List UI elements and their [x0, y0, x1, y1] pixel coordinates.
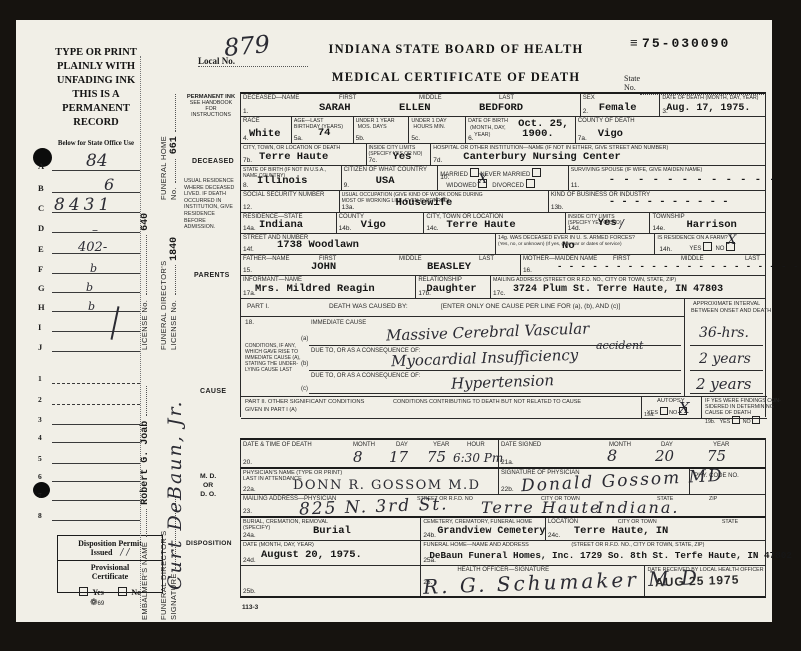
field-number: 6. — [468, 135, 473, 142]
township-value: Harrison — [686, 219, 736, 231]
local-no-line — [198, 66, 308, 67]
interval-b-value: 2 years — [699, 351, 751, 367]
name-label: DECEASED—NAME — [243, 95, 299, 101]
date-received-label: DATE RECEIVED BY LOCAL HEALTH OFFICER — [647, 567, 763, 573]
last-label: LAST — [499, 95, 514, 101]
cemetery-value: Grandview Cemetery — [437, 526, 545, 537]
cell-informant-address: MAILING ADDRESS (STREET OR R.F.D. NO., C… — [490, 276, 765, 298]
office-line: 3 — [52, 424, 140, 425]
notice-line: TYPE OR PRINT — [44, 46, 148, 60]
section-label-deceased: DECEASED — [192, 158, 234, 165]
office-line-value: b — [88, 300, 95, 313]
field-number: 15. — [243, 267, 252, 274]
row-birth-citizen-marital: STATE OF BIRTH (IF NOT IN U.S.A., NAME C… — [240, 165, 766, 190]
field-number: 17a. — [243, 290, 256, 297]
cell-burial-type: BURIAL, CREMATION, REMOVAL (SPECIFY) Bur… — [241, 518, 420, 540]
director-license-line2: LICENSE No. 1840 — [163, 237, 173, 350]
father-last-value: BEASLEY — [427, 261, 471, 273]
line-b-rule — [309, 370, 681, 371]
farm-yes-checkbox — [703, 242, 712, 251]
row-informant: INFORMANT—NAME Mrs. Mildred Reagin 17a. … — [240, 275, 766, 298]
under-1-year-sublabel: MOS. DAYS — [358, 124, 387, 130]
field-number: 5b. — [356, 135, 365, 142]
funeral-home-line1: FUNERAL HOME — [153, 136, 163, 200]
sex-label: SEX — [583, 95, 595, 101]
office-line-label: 1 — [38, 374, 42, 383]
office-line: 6 — [52, 481, 140, 482]
field-number: 14d. — [568, 225, 581, 232]
field-number: 14b. — [339, 225, 352, 232]
age-value: 74 — [318, 127, 331, 139]
field-number-inline: 14g. — [498, 235, 508, 241]
father-middle-label: MIDDLE — [399, 256, 422, 262]
cell-state-of-birth: STATE OF BIRTH (IF NOT IN U.S.A., NAME C… — [241, 166, 341, 190]
relationship-value: Daughter — [426, 283, 476, 295]
cell-physician-address: MAILING ADDRESS—PHYSICIAN STREET OR R.F.… — [241, 495, 765, 516]
burial-label2: (SPECIFY) — [243, 525, 270, 531]
residence-county-value: Vigo — [361, 219, 386, 231]
dob-label3: YEAR) — [474, 132, 490, 138]
field-number: 1. — [243, 108, 248, 115]
office-use-title: Below for State Office Use — [44, 140, 148, 147]
cell-residence-city: CITY, TOWN OR LOCATION Terre Haute 14c. — [423, 213, 564, 233]
dotted-leader — [168, 265, 176, 295]
ornament-number: 69 — [98, 601, 105, 607]
spouse-label: SURVIVING SPOUSE (IF WIFE, GIVE MAIDEN N… — [571, 167, 702, 173]
office-line: 5 — [52, 463, 140, 464]
dod-label: DATE OF DEATH — [662, 95, 704, 101]
ssn-label: SOCIAL SECURITY NUMBER — [243, 192, 324, 198]
cell-cemetery: CEMETERY, CREMATORY, FUNERAL HOME Grandv… — [420, 518, 545, 540]
line-c-marker: (c) — [301, 386, 308, 392]
field-number: 21a. — [501, 459, 514, 466]
zip-sublabel: ZIP — [709, 496, 717, 502]
death-hour-value: 6:30 Pm — [453, 451, 503, 465]
office-line: Hb — [52, 311, 140, 312]
office-line-label: 7 — [38, 491, 42, 500]
interval-label-1: APPROXIMATE INTERVAL — [693, 301, 760, 307]
dob-label2: (MONTH, DAY, — [470, 125, 505, 131]
office-line-label: F — [38, 264, 43, 274]
cell-under-1-day: UNDER 1 DAY HOURS MIN. 5c. — [408, 117, 465, 143]
office-line-label: 8 — [38, 511, 42, 520]
farm-no-label: NO — [715, 246, 724, 252]
burial-value: Burial — [313, 525, 351, 537]
office-line: 8 — [52, 520, 140, 521]
cell-street: STREET AND NUMBER 1738 Woodlawn 14f. — [241, 234, 495, 254]
interval-label-2: BETWEEN ONSET AND DEATH — [691, 308, 771, 314]
hour-label: HOUR — [467, 442, 485, 448]
permit-slashes: / / — [120, 548, 129, 558]
office-line: I — [52, 331, 140, 332]
cemetery-label: CEMETERY, CREMATORY, FUNERAL HOME — [423, 519, 532, 525]
field-number: 7b. — [243, 157, 252, 164]
row-street-armed-farm: STREET AND NUMBER 1738 Woodlawn 14f. 14g… — [240, 233, 766, 254]
field-number: 14c. — [426, 225, 438, 232]
physician-state-value: Indiana. — [597, 498, 679, 517]
office-line: Fb — [52, 273, 140, 274]
field-number: 24b. — [423, 532, 436, 539]
field-number: 18. — [245, 319, 254, 326]
field-number: 9. — [344, 182, 349, 189]
enter-note: [ENTER ONLY ONE CAUSE PER LINE FOR (a), … — [441, 303, 620, 310]
interval-divider — [684, 299, 685, 396]
autopsy-x-mark: X — [679, 399, 690, 417]
armed-forces-sublabel: (Yes, no, or unknown) (If yes, give war … — [498, 242, 622, 247]
cell-datetime-of-death: DATE & TIME OF DEATH MONTH DAY YEAR HOUR… — [241, 440, 498, 467]
office-line-label: 4 — [38, 433, 42, 442]
no-label: No. — [624, 83, 640, 92]
dod-label2: (MONTH, DAY, YEAR) — [705, 95, 758, 101]
date-received-stamp: AUG 25 1975 — [655, 573, 740, 590]
row-ssn-occupation: SOCIAL SECURITY NUMBER 12. USUAL OCCUPAT… — [240, 190, 766, 212]
office-line-label: 2 — [38, 395, 42, 404]
section-label-cause: CAUSE — [200, 388, 227, 395]
funeral-home-line2: No. 661 — [163, 94, 173, 200]
director-license-label2: LICENSE No. — [169, 300, 178, 350]
scanned-death-certificate: { "hdr": { "local_no_label": "Local No."… — [0, 0, 801, 651]
mother-value: - - - - - - - - - - - - - - - - - - - - … — [557, 262, 801, 272]
field-number: 4. — [243, 135, 248, 142]
disposition-date-label: DATE (MONTH, DAY, YEAR) — [243, 542, 314, 548]
dob-label: DATE OF BIRTH — [468, 118, 508, 124]
cell-citizen: CITIZEN OF WHAT COUNTRY USA 9. — [341, 166, 438, 190]
autopsy-divider-right — [701, 396, 702, 418]
death-year-value: 75 — [427, 448, 446, 466]
cause-a-value-2: accident — [596, 339, 643, 352]
field-number: 23. — [243, 508, 252, 515]
autopsy-yes-checkbox — [660, 407, 668, 415]
cell-under-1-year: UNDER 1 YEAR MOS. DAYS 5b. — [353, 117, 409, 143]
informant-value: Mrs. Mildred Reagin — [255, 283, 375, 295]
permit-yes-label: Yes — [92, 588, 104, 597]
cell-cemetery-location: LOCATION CITY OR TOWN STATE Terre Haute,… — [545, 518, 765, 540]
director-license-number: 1840 — [169, 237, 180, 261]
dotted-leader — [168, 159, 176, 183]
field-number: 12. — [243, 204, 252, 211]
never-married-checkbox — [532, 168, 541, 177]
cell-inside-city-limits: INSIDE CITY LIMITS (SPECIFY YES OR NO) Y… — [366, 144, 431, 165]
datetime-label: DATE & TIME OF DEATH — [243, 442, 312, 448]
cell-physician-signature: SIGNATURE OF PHYSICIAN Donald Gossom MD … — [498, 469, 689, 494]
field-number-inline: 19b. — [705, 419, 715, 425]
section-label-parents: PARENTS — [194, 272, 230, 279]
funeral-home-label: FUNERAL HOME—NAME AND ADDRESS — [423, 542, 529, 548]
office-line-label: B — [38, 183, 44, 193]
funeral-home-no-label: No. — [169, 187, 178, 200]
embalmer-name-line: EMBALMER'S NAME Robert G. Joab — [134, 386, 144, 620]
township-label: TOWNSHIP — [652, 214, 684, 220]
office-line-label: A — [38, 161, 44, 171]
city-of-death-value: Terre Haute — [259, 151, 328, 163]
permit-yes-checkbox — [79, 587, 88, 596]
office-line: Gb — [52, 292, 140, 293]
office-line-value: – — [92, 223, 98, 237]
divorced-label: DIVORCED — [492, 183, 524, 189]
field-number: 13b. — [551, 204, 564, 211]
cell-health-officer-signature: HEALTH OFFICER—SIGNATURE 26. R. G. Schum… — [420, 566, 644, 596]
under-1-day-sublabel: HOURS MIN. — [413, 124, 445, 130]
office-line: J — [52, 351, 140, 352]
ornament-icon: ❁ — [90, 597, 98, 607]
disposition-date-value: August 20, 1975. — [261, 549, 362, 561]
cause-a-value: Massive Cerebral Vascular — [386, 319, 590, 344]
md-line: D. O. — [200, 490, 216, 499]
caused-by-label: DEATH WAS CAUSED BY: — [329, 303, 408, 310]
date-signed-label: DATE SIGNED — [501, 442, 541, 448]
title-line1: INDIANA STATE BOARD OF HEALTH — [286, 42, 626, 57]
cell-phy-code: PHY. CODE NO. — [689, 469, 765, 494]
certificate-number-stamp: ≡ 75-030090 — [630, 34, 730, 52]
cell-sex: SEX Female 2. — [580, 94, 660, 116]
cell-township: TOWNSHIP Harrison 14e. — [649, 213, 765, 233]
cell-city-of-death: CITY, TOWN, OR LOCATION OF DEATH Terre H… — [241, 144, 366, 165]
permanent-ink-2: SEE HANDBOOK FOR — [184, 100, 238, 112]
office-line: A84 — [52, 170, 140, 171]
death-day-value: 17 — [389, 448, 408, 466]
field-number: 11. — [571, 182, 580, 189]
usual-residence-note: USUAL RESIDENCE WHERE DECEASED LIVED. IF… — [184, 178, 238, 231]
cell-residence-county: COUNTY Vigo 14b. — [336, 213, 424, 233]
director-signature-value: Curt DeBaun, Jr. — [164, 399, 186, 590]
office-line-label: H — [38, 302, 45, 312]
cell-date-received: DATE RECEIVED BY LOCAL HEALTH OFFICER AU… — [644, 566, 765, 596]
residence-icl-value: Yes — [598, 217, 617, 229]
header-rule — [241, 316, 684, 317]
office-line-value: b — [86, 281, 93, 294]
street-value: 1738 Woodlawn — [277, 239, 359, 251]
funeral-home-number: 661 — [169, 136, 180, 154]
cell-father: FATHER—NAME FIRST MIDDLE LAST JOHN BEASL… — [241, 255, 520, 275]
office-line: 4 — [52, 442, 140, 443]
field-number: 14e. — [652, 225, 665, 232]
cause-section: PART I. DEATH WAS CAUSED BY: [ENTER ONLY… — [240, 298, 766, 417]
office-line-value: 402- — [78, 240, 107, 255]
row-date-of-death-signed: DATE & TIME OF DEATH MONTH DAY YEAR HOUR… — [240, 438, 766, 467]
last-name-value: BEDFORD — [479, 102, 523, 114]
field-number: 20. — [243, 459, 252, 466]
informant-address-label: MAILING ADDRESS (STREET OR R.F.D. NO., C… — [493, 277, 676, 283]
location-value: Terre Haute, IN — [574, 525, 669, 537]
first-label: FIRST — [339, 95, 356, 101]
office-line: 2 — [52, 404, 140, 405]
row-physician-address: MAILING ADDRESS—PHYSICIAN STREET OR R.F.… — [240, 494, 766, 516]
row-deceased-name: DECEASED—NAME FIRST MIDDLE LAST SARAH EL… — [240, 92, 766, 116]
cell-surviving-spouse: SURVIVING SPOUSE (IF WIFE, GIVE MAIDEN N… — [568, 166, 765, 190]
cell-armed-forces: 14g. WAS DECEASED EVER IN U. S. ARMED FO… — [495, 234, 654, 254]
office-line-label: G — [38, 283, 45, 293]
row-disposition-date: DATE (MONTH, DAY, YEAR) August 20, 1975.… — [240, 540, 766, 565]
interval-a-rule — [690, 345, 763, 346]
field-number: 24d. — [243, 557, 256, 564]
first-name-value: SARAH — [319, 102, 351, 114]
findings-no-label: NO — [743, 419, 751, 425]
field-number: 8. — [243, 182, 248, 189]
contributing-label: CONDITIONS CONTRIBUTING TO DEATH BUT NOT… — [393, 399, 581, 405]
cell-industry: KIND OF BUSINESS OR INDUSTRY - - - - - -… — [548, 191, 765, 212]
field-number: 25a. — [423, 557, 436, 564]
widowed-x-mark: X — [478, 172, 487, 187]
middle-name-value: ELLEN — [399, 102, 431, 114]
line-c-rule — [309, 393, 681, 394]
local-no-label: Local No. — [198, 56, 235, 66]
field-number: 17c. — [493, 290, 505, 297]
cell-physician-name: PHYSICIAN'S NAME (TYPE OR PRINT) LAST IN… — [241, 469, 498, 494]
middle-label: MIDDLE — [419, 95, 442, 101]
cell-informant: INFORMANT—NAME Mrs. Mildred Reagin 17a. — [241, 276, 415, 298]
widowed-label: WIDOWED — [446, 183, 476, 189]
dotted-leader — [139, 509, 147, 537]
state-of-birth-value: Illinois — [257, 175, 307, 187]
notice-line: PERMANENT — [44, 102, 148, 116]
cell-race: RACE White 4. — [241, 117, 291, 143]
permit-no-checkbox — [118, 587, 127, 596]
office-line-label: J — [38, 342, 42, 352]
residence-state-value: Indiana — [259, 219, 303, 231]
dotted-leader — [168, 94, 176, 132]
dotted-leader — [139, 235, 147, 295]
field-number: 7d. — [433, 157, 442, 164]
farm-no-x-mark: X — [727, 233, 736, 248]
given-label: GIVEN IN PART I (A) — [245, 407, 297, 413]
field-number: 25b. — [243, 588, 256, 595]
certificate-paper: TYPE OR PRINT PLAINLY WITH UNFADING INK … — [16, 20, 772, 622]
office-line-value: 8431 — [54, 195, 113, 215]
office-line-label: E — [38, 244, 44, 254]
industry-value: - - - - - - - - - - — [609, 196, 729, 208]
race-label: RACE — [243, 118, 260, 124]
printers-ornament: ❁69 — [90, 597, 104, 608]
section-label-md-do: M. D. OR D. O. — [200, 472, 216, 499]
permanent-ink-note: PERMANENT INK SEE HANDBOOK FOR INSTRUCTI… — [184, 94, 238, 118]
residence-city-value: Terre Haute — [446, 219, 515, 231]
cell-mother: MOTHER—MAIDEN NAME FIRST MIDDLE LAST - -… — [520, 255, 765, 275]
father-label: FATHER—NAME — [243, 256, 290, 262]
director-signature-line1: FUNERAL DIRECTOR'S — [153, 531, 163, 620]
office-line: 7 — [52, 500, 140, 501]
row-parents: FATHER—NAME FIRST MIDDLE LAST JOHN BEASL… — [240, 254, 766, 275]
divorced-checkbox — [526, 179, 535, 188]
row-health-officer: 25b. HEALTH OFFICER—SIGNATURE 26. R. G. … — [240, 565, 766, 598]
field-number: 2. — [583, 108, 588, 115]
part1-label: PART I. — [247, 303, 269, 310]
line-a-marker: (a) — [301, 336, 308, 342]
field-number: 7a. — [578, 135, 587, 142]
notice-line: RECORD — [44, 116, 148, 130]
field-number: 7c. — [369, 157, 378, 164]
autopsy-no-label: NO — [669, 410, 677, 416]
field-number: 16. — [523, 267, 532, 274]
father-last-label: LAST — [479, 256, 494, 262]
findings-yes-label: YES — [720, 419, 731, 425]
field-number: 17b. — [418, 290, 431, 297]
cause-bottom-rule — [241, 418, 767, 419]
informant-address-value: 3724 Plum St. Terre Haute, IN 47803 — [513, 284, 723, 295]
field-number: 22a. — [243, 486, 256, 493]
embalmer-name-label: EMBALMER'S NAME — [140, 542, 149, 620]
death-month-value: 8 — [353, 448, 363, 466]
signed-day-value: 20 — [655, 447, 674, 465]
sex-value: Female — [599, 102, 637, 114]
cell-hospital: HOSPITAL OR OTHER INSTITUTION—NAME (IF N… — [430, 144, 765, 165]
office-line-label: 3 — [38, 415, 42, 424]
icl-pen-slash: / — [620, 217, 624, 231]
office-line: 1 — [52, 383, 140, 384]
office-line-label: 5 — [38, 454, 42, 463]
citizen-value: USA — [376, 175, 395, 187]
physician-city-value: Terre Haute — [481, 498, 601, 517]
field-number: 22b. — [501, 486, 514, 493]
row-place-of-death: CITY, TOWN, OR LOCATION OF DEATH Terre H… — [240, 143, 766, 165]
notice-line: UNFADING INK — [44, 74, 148, 88]
signed-year-value: 75 — [707, 447, 726, 465]
cell-relationship: RELATIONSHIP Daughter 17b. — [415, 276, 490, 298]
part2-top-rule — [241, 396, 767, 397]
citizen-label: CITIZEN OF WHAT COUNTRY — [344, 167, 427, 173]
office-line-value: b — [90, 262, 97, 275]
cell-county-of-death: COUNTY OF DEATH Vigo 7a. — [575, 117, 765, 143]
due-to-label-2: DUE TO, OR AS A CONSEQUENCE OF: — [311, 373, 420, 379]
part2-label: PART II. OTHER SIGNIFICANT CONDITIONS — [245, 399, 364, 405]
hospital-value: Canterbury Nursing Center — [463, 151, 621, 163]
notice-line: THIS IS A — [44, 88, 148, 102]
row-residence: RESIDENCE—STATE Indiana 14a. COUNTY Vigo… — [240, 212, 766, 233]
field-number: 14h. — [659, 246, 672, 253]
cell-marital-status: MARRIED NEVER MARRIED WIDOWED X DIVORCED… — [437, 166, 568, 190]
cell-disposition-date: DATE (MONTH, DAY, YEAR) August 20, 1975.… — [241, 541, 420, 565]
interval-b-rule — [690, 370, 763, 371]
office-line-label: I — [38, 322, 41, 332]
cell-funeral-home: FUNERAL HOME—NAME AND ADDRESS (STREET OR… — [420, 541, 765, 565]
cell-occupation: USUAL OCCUPATION (GIVE KIND OF WORK DONE… — [339, 191, 548, 212]
dob-value-2: 1900. — [522, 128, 554, 140]
embalmer-license-number: 640 — [140, 213, 151, 231]
funeral-home-sublabel: (STREET OR R.F.D. NO., CITY OR TOWN, STA… — [571, 542, 704, 548]
office-line: B6 — [52, 192, 140, 193]
field-number: 14a. — [243, 225, 256, 232]
row-race-age-dob: RACE White 4. AGE—LAST BIRTHDAY (YEARS) … — [240, 116, 766, 143]
phy-code-label: PHY. CODE NO. — [694, 473, 739, 479]
state-label: State — [624, 74, 640, 83]
county-of-death-label: COUNTY OF DEATH — [578, 118, 635, 124]
date-of-death-value: Aug. 17, 1975. — [666, 103, 750, 114]
md-line: OR — [200, 481, 216, 490]
farm-yes-label: YES — [689, 246, 701, 252]
physician-name-value: DONN R. GOSSOM M.D — [293, 478, 481, 493]
field-number: 3. — [662, 108, 667, 115]
form-number: 113-3 — [242, 604, 258, 611]
office-line: D– — [52, 232, 140, 233]
permit-line2: Issued — [91, 548, 113, 558]
field-number: 13a. — [342, 204, 355, 211]
field-number: 5c. — [411, 135, 420, 142]
cell-name: DECEASED—NAME FIRST MIDDLE LAST SARAH EL… — [241, 94, 580, 116]
spouse-value: - - - - - - - - - - - - — [609, 174, 777, 186]
cell-farm: IS RESIDENCE ON A FARM? 14h. YES NO X — [654, 234, 765, 254]
office-line: C8431 — [52, 212, 140, 213]
office-line: E402- — [52, 253, 140, 254]
cell-age: AGE—LAST BIRTHDAY (YEARS) 74 5a. — [291, 117, 353, 143]
autopsy-divider-left — [641, 396, 642, 418]
office-line-label: 6 — [38, 472, 42, 481]
stamp-bars-icon: ≡ — [630, 35, 638, 50]
armed-forces-value: No — [562, 240, 575, 252]
icl-value: Yes — [393, 151, 412, 163]
farm-label: IS RESIDENCE ON A FARM? — [657, 235, 727, 241]
row-burial: BURIAL, CREMATION, REMOVAL (SPECIFY) Bur… — [240, 516, 766, 540]
office-line-value: 6 — [104, 175, 114, 194]
cell-date-of-birth: DATE OF BIRTH (MONTH, DAY, YEAR) Oct. 25… — [465, 117, 575, 143]
